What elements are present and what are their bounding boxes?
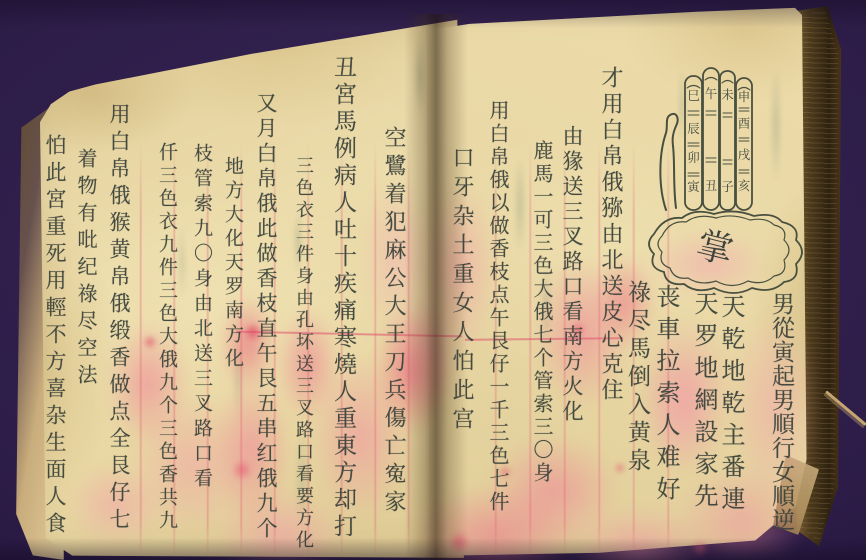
branch-label: 午 (705, 86, 718, 101)
branch-label: 申 (738, 89, 751, 104)
branch-label: 亥 (738, 178, 751, 193)
branch-label: 未 (721, 87, 734, 102)
branch-label: 卯 (687, 150, 700, 165)
manuscript-column: 空鷺着犯麻公大王刀兵傷亡寃家 (378, 126, 409, 518)
manuscript-column: 仟三色衣九件三色大俄九个三色香共九 (154, 142, 181, 533)
manuscript-column: 鹿馬一可三色大俄七个管索三〇身 (528, 140, 557, 485)
branch-label: 子 (721, 179, 734, 194)
branch-label: 丑 (705, 178, 718, 193)
manuscript-column: 口牙杂土重女人怕此宫 (446, 146, 477, 436)
manuscript-column: 才用白帛俄猕由北送皮心克住 (595, 66, 626, 404)
manuscript-column: 地方大化天罗南方化 (220, 156, 247, 372)
manuscript-photo: 空鷺着犯麻公大王刀兵傷亡寃家 丑宮馬例病人吐十疾痛寒燒人重東方却打 三色衣三件身… (0, 0, 866, 560)
branch-label: 戌 (738, 147, 751, 162)
manuscript-column: 三色衣三件身由孔坏送三叉路口看要方化 (290, 156, 316, 552)
manuscript-column: 天罗地網設家先 (687, 291, 722, 515)
branch-label: 酉 (738, 116, 751, 131)
manuscript-column: 怕此宮重死用輕不方喜杂生面人食 (40, 134, 70, 539)
fingernail-line (722, 81, 733, 84)
manuscript-column: 枝管索九〇身由北送三叉路口看 (189, 143, 216, 493)
manuscript-column: 用白帛俄以做香枝点午艮仔一千三色七件 (484, 100, 513, 514)
thumb-outline (673, 146, 676, 208)
palm-diagram: 巳 辰 卯 寅 午 丑 未 子 申 酉 戌 亥 掌 (638, 38, 838, 298)
palm-character: 掌 (692, 225, 737, 273)
manuscript-column: 丧車拉索人难好 (649, 284, 684, 508)
fingernail-line (705, 78, 717, 81)
finger-joint-marks (706, 111, 716, 162)
manuscript-column: 男從寅起男順行女順逆 (765, 292, 798, 532)
finger-joint-marks (723, 113, 732, 164)
manuscript-column: 用白帛俄猴黄帛俄缎香做点全艮仔七 (104, 103, 134, 535)
branch-label: 辰 (687, 121, 700, 136)
branch-label: 寅 (687, 179, 700, 194)
branch-label: 巳 (687, 88, 700, 103)
manuscript-column: 又月白帛俄此做香枝直午艮五串红俄九个 (251, 92, 281, 542)
manuscript-column: 着物有吡纪祿尽空法 (72, 148, 101, 391)
manuscript-column: 丑宮馬例病人吐十疾痛寒燒人重東方却打 (327, 55, 360, 541)
manuscript-column: 由猭送三叉路口看南方火化 (557, 125, 587, 425)
